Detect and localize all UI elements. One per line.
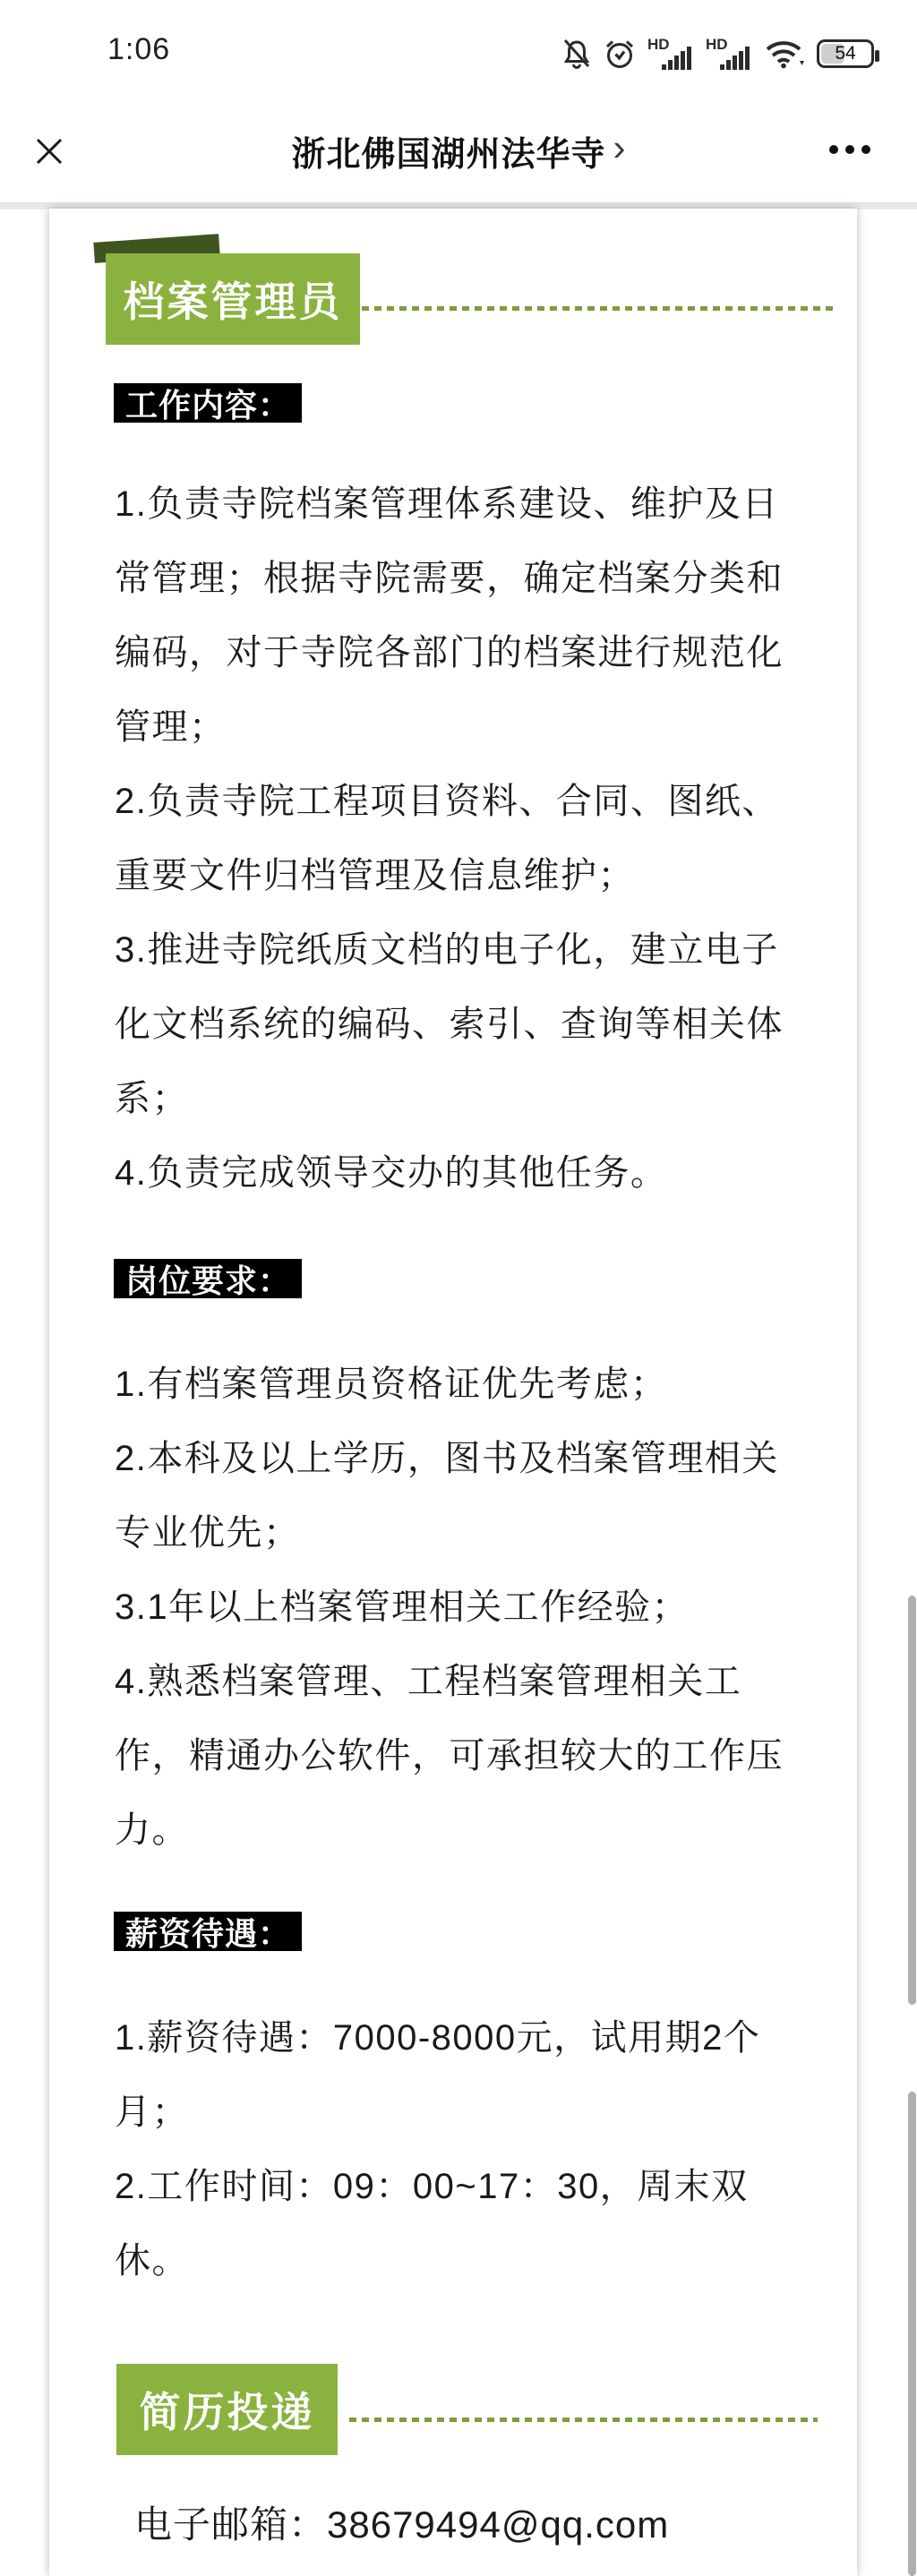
body-line: 休。 — [115, 2224, 840, 2298]
body-line: 1.薪资待遇：7000-8000元，试用期2个 — [115, 2001, 840, 2075]
mute-bell-icon — [561, 38, 592, 70]
alarm-clock-icon — [604, 38, 636, 70]
body-line: 化文档系统的编码、索引、查询等相关体 — [115, 988, 840, 1062]
battery-nub — [875, 50, 879, 62]
body-line: 重要文件归档管理及信息维护； — [115, 839, 840, 913]
body-line: 编码，对于寺院各部门的档案进行规范化 — [115, 616, 840, 690]
dot-icon — [845, 145, 854, 154]
battery-icon: 54 — [817, 39, 874, 68]
section-body-requirements: 1.有档案管理员资格证优先考虑； 2.本科及以上学历，图书及档案管理相关 专业优… — [115, 1348, 840, 1868]
dot-icon — [829, 145, 838, 154]
body-line: 系； — [115, 1062, 840, 1136]
nav-bar: 浙北佛国湖州法华寺 › — [0, 98, 917, 203]
body-line: 1.负责寺院档案管理体系建设、维护及日 — [115, 467, 840, 542]
nav-title-wrap: 浙北佛国湖州法华寺 › — [0, 98, 917, 202]
dot-icon — [861, 145, 870, 154]
scrollbar-thumb[interactable] — [908, 2092, 916, 2576]
body-line: 3.推进寺院纸质文档的电子化，建立电子 — [115, 913, 840, 988]
body-line: 专业优先； — [115, 1496, 840, 1570]
section-body-salary: 1.薪资待遇：7000-8000元，试用期2个 月； 2.工作时间：09：00~… — [115, 2001, 840, 2298]
body-line: 4.负责完成领导交办的其他任务。 — [115, 1136, 840, 1211]
body-line: 管理； — [115, 690, 840, 765]
section-body-work-content: 1.负责寺院档案管理体系建设、维护及日 常管理；根据寺院需要，确定档案分类和 编… — [115, 467, 840, 1211]
resume-submit-badge: 简历投递 — [116, 2364, 338, 2455]
status-icons: HD HD — [561, 36, 874, 72]
signal-strength-icon-2: HD — [706, 37, 752, 71]
status-bar: 1:06 HD — [0, 0, 917, 98]
more-button[interactable] — [829, 145, 870, 154]
status-time: 1:06 — [107, 32, 170, 67]
section-heading-salary: 薪资待遇： — [114, 1912, 302, 1951]
page-title[interactable]: 浙北佛国湖州法华寺 — [291, 126, 605, 175]
section-heading-work-content: 工作内容： — [114, 383, 302, 423]
body-line: 2.负责寺院工程项目资料、合同、图纸、 — [115, 765, 840, 839]
body-line: 4.熟悉档案管理、工程档案管理相关工 — [115, 1645, 840, 1719]
battery-percent: 54 — [819, 42, 871, 65]
hd-label-2: HD — [706, 37, 728, 53]
body-line: 常管理；根据寺院需要，确定档案分类和 — [115, 542, 840, 616]
body-line: 作，精通办公软件，可承担较大的工作压 — [115, 1719, 840, 1793]
article-card: 档案管理员 工作内容： 1.负责寺院档案管理体系建设、维护及日 常管理；根据寺院… — [49, 209, 857, 2576]
section-heading-requirements: 岗位要求： — [114, 1259, 302, 1298]
body-line: 3.1年以上档案管理相关工作经验； — [115, 1570, 840, 1645]
scrollbar-thumb[interactable] — [908, 1596, 916, 2005]
signal-strength-icon-1: HD — [647, 37, 694, 71]
body-line: 2.工作时间：09：00~17：30，周末双 — [115, 2150, 840, 2224]
body-line: 力。 — [115, 1793, 840, 1868]
page-screen: 1:06 HD — [0, 0, 917, 2576]
body-line: 2.本科及以上学历，图书及档案管理相关 — [115, 1422, 840, 1496]
body-line: 月； — [115, 2075, 840, 2150]
dashed-divider — [362, 306, 836, 311]
dashed-divider — [349, 2418, 818, 2422]
wifi-icon — [764, 38, 805, 70]
hd-label-1: HD — [647, 37, 670, 53]
job-title-badge: 档案管理员 — [106, 253, 360, 345]
chevron-right-icon: › — [613, 129, 626, 167]
email-line: 电子邮箱：38679494@qq.com — [134, 2498, 669, 2552]
body-line: 1.有档案管理员资格证优先考虑； — [115, 1348, 840, 1422]
